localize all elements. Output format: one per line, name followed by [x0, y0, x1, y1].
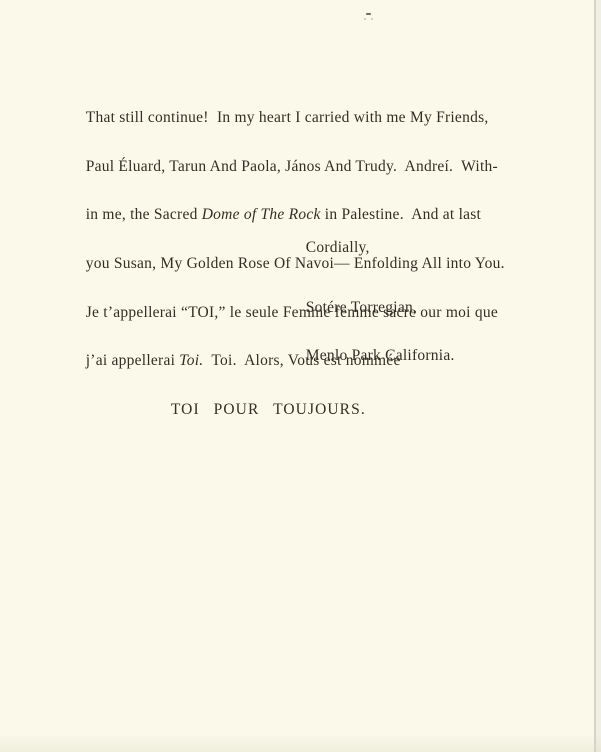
page-edge-line [594, 0, 596, 752]
letter-line-1-text: That still continue! In my heart I carri… [86, 109, 489, 126]
signature-name: Sotére Torregian, [281, 284, 455, 333]
letter-line-3-italic: Dome of The Rock [202, 206, 321, 223]
closing-salutation: Cordially, [281, 224, 455, 273]
letter-line-7-text: TOI POUR TOUJOURS. [171, 401, 366, 418]
signature-place-text: Menlo Park California. [306, 347, 455, 364]
letter-line-3-pre: in me, the Sacred [86, 206, 202, 223]
ink-speck [366, 13, 371, 15]
letter-closing-block: Cordially, Sotére Torregian, Menlo Park … [281, 224, 455, 381]
letter-line-2-text: Paul Éluard, Tarun And Paola, János And … [86, 158, 498, 175]
scanned-letter-page: That still continue! In my heart I carri… [0, 0, 601, 752]
letter-line-1: That still continue! In my heart I carri… [61, 94, 539, 143]
letter-line-6-pre: j’ai appellerai [86, 352, 180, 369]
signature-name-text: Sotére Torregian, [306, 299, 417, 316]
closing-salutation-text: Cordially, [306, 239, 370, 256]
letter-line-6-italic: Toi. [179, 352, 203, 369]
letter-line-toi-pour-toujours: TOI POUR TOUJOURS. [61, 386, 539, 435]
letter-line-3-post: in Palestine. And at last [321, 206, 481, 223]
letter-line-2: Paul Éluard, Tarun And Paola, János And … [61, 143, 539, 192]
bottom-scan-shading [0, 734, 601, 752]
signature-place: Menlo Park California. [281, 332, 455, 381]
